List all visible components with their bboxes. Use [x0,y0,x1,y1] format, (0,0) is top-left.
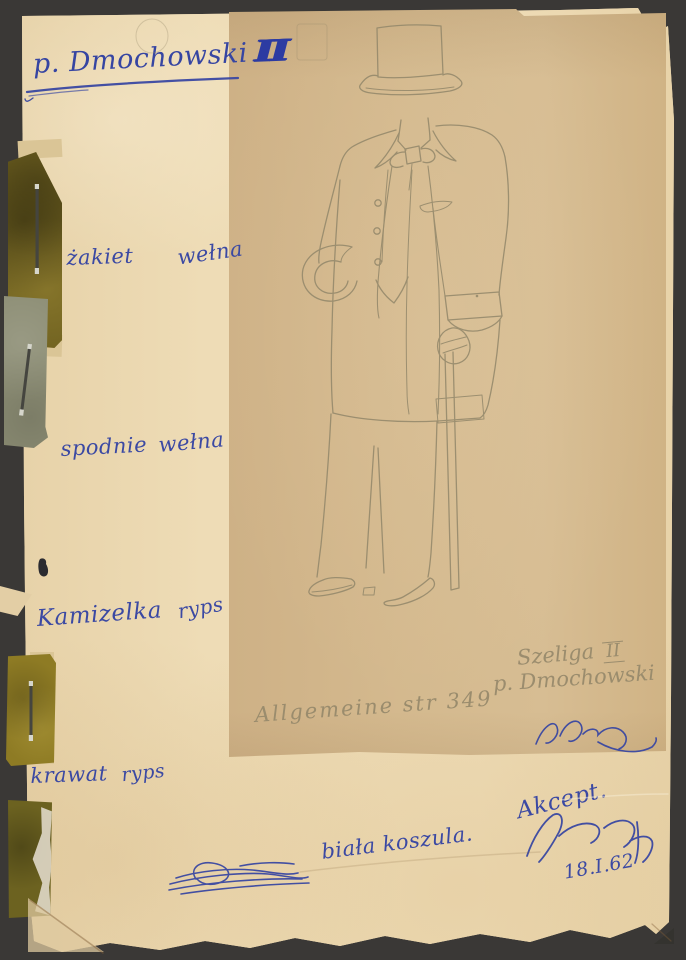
fabric-item: żakiet [66,244,134,270]
tape-remnant [18,139,63,159]
title-numeral: II [254,33,287,68]
scanned-costume-design-sheet: p. DmochowskiII żakietwełna spodniewełna… [0,0,686,960]
fabric-swatch-mustard-rep [6,654,56,766]
character-numeral: II [602,641,624,664]
fabric-material: ryps [176,592,225,624]
fabric-item: spodnie [60,432,148,460]
fabric-material: wełna [158,427,226,457]
fabric-material: ryps [121,760,167,786]
fabric-swatch-sage-wool [4,296,48,448]
fabric-note-tie: krawatryps [30,759,166,788]
fabric-item: krawat [30,761,108,788]
